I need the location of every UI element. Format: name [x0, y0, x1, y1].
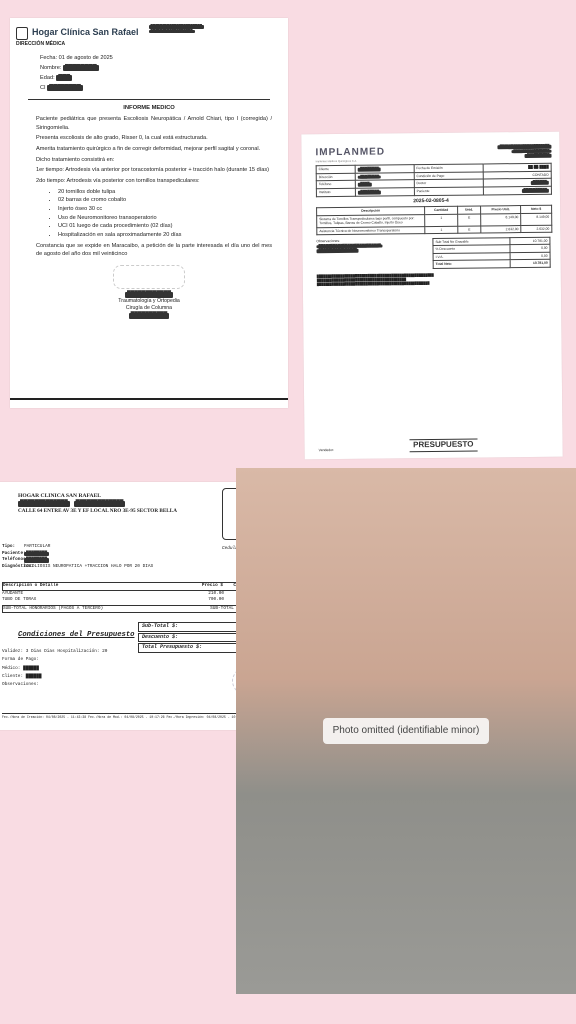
id-label: CI: [40, 85, 46, 91]
cell-price: 2.632,00: [481, 225, 521, 233]
field-value: ESCOLIOSIS NEUROPATICA +TRACCION HALO PO…: [24, 564, 153, 569]
field-label: Teléfonos:: [2, 557, 24, 564]
clinic-name: Hogar Clínica San Rafael: [32, 28, 139, 38]
field-label: Paciente:: [2, 551, 24, 558]
observations: Observaciones:██████████████████████████…: [316, 238, 426, 270]
report-date: 01 de agosto de 2025: [59, 55, 113, 61]
quote-header: IMPLANMEDImplantes Médicos Quirúrgicos C…: [301, 132, 559, 166]
patient-meta: Fecha: 01 de agosto de 2025 Nombre: ████…: [10, 53, 288, 93]
phone-redacted: ████████: [24, 558, 49, 563]
patient-name-redacted: ████████: [63, 65, 99, 71]
list-item: Hospitalización en sala aproximadamente …: [58, 231, 272, 240]
condition-line: Cliente: ██████: [2, 673, 107, 681]
condition-line: Validez: 3 Dias Dias Hospitalización: 20: [2, 648, 107, 656]
cell-net: 8.149,00: [521, 213, 552, 225]
quote-number: 2025-02-0805-4: [302, 196, 560, 205]
patient-redacted: ████████: [24, 552, 49, 557]
total-label: Total Neto: [433, 260, 510, 268]
field-label: Tipo:: [2, 544, 24, 551]
cell-desc: TUBO DE TORAX: [2, 597, 178, 604]
cell-unit: E: [458, 226, 481, 234]
patient-id-redacted: ████████: [47, 85, 83, 91]
cell-price: 8.149,00: [481, 213, 521, 225]
table-row: Asistencia Técnica de Neuromonitoreo Tra…: [317, 225, 552, 235]
report-paragraph: Presenta escoliosis de alto grado, Risse…: [36, 134, 272, 143]
closing-statement: Constancia que se expide en Maracaibo, a…: [36, 242, 272, 259]
patient-age-redacted: ███: [56, 75, 72, 81]
quote-footer: Vendedor: PRESUPUESTO: [319, 438, 553, 453]
list-item: 20 tornillos doble tulipa: [58, 188, 272, 197]
conditions-list: Validez: 3 Dias Dias Hospitalización: 20…: [2, 648, 107, 690]
condition-line: Médico: ██████: [2, 665, 107, 673]
budget-header: HOGAR CLINICA SAN RAFAEL █████████████ █…: [18, 492, 177, 516]
list-item: 02 barras de cromo cobalto: [58, 196, 272, 205]
total-label: Sub-Total $:: [142, 623, 178, 631]
date-label: Fecha:: [40, 55, 57, 61]
age-label: Edad:: [40, 75, 55, 81]
list-item: Uso de Neuromonitoreo transoperatorio: [58, 214, 272, 223]
doctor-id-redacted: ██████████: [129, 313, 170, 319]
divider: [28, 99, 270, 100]
subtotal-label: SUB-TOTAL HONORARIOS (PAGOS A TERCERO): [3, 606, 187, 613]
field-value: PARTICULAR: [24, 544, 50, 549]
list-item: Injerto óseo 30 cc: [58, 205, 272, 214]
condition-line: Forma de Pago:: [2, 656, 107, 664]
list-item: UCI 01 luego de cada procedimiento (02 d…: [58, 222, 272, 231]
quote-totals: Sub Total No Gravable10.781,00 % Descuen…: [432, 237, 550, 269]
field-label: Diagnóstico:: [2, 564, 24, 571]
total-label: Descuento $:: [142, 634, 178, 642]
clinic-address: ████████████████████████████████████████: [149, 24, 259, 33]
specialty: Cirugía de Columna: [10, 305, 288, 312]
cell-price: 700.00: [178, 597, 224, 604]
total-value: 10.781,00: [510, 260, 550, 268]
budget-fields: Tipo:PARTICULAR Paciente:████████ Teléfo…: [2, 544, 153, 570]
cell-desc: Asistencia Técnica de Neuromonitoreo Tra…: [317, 226, 425, 235]
conditions-title: Condiciones del Presupuesto: [18, 630, 134, 641]
supplier-subtitle: Implantes Médicos Quirúrgicos C.A.: [316, 159, 386, 163]
stamp-icon: [113, 265, 185, 289]
report-paragraph: 1er tiempo: Artrodesis vía anterior por …: [36, 166, 272, 175]
condition-line: Observaciones:: [2, 681, 107, 689]
total-label: Total Presupuesto $:: [142, 644, 202, 652]
quote-summary: Observaciones:██████████████████████████…: [316, 237, 550, 270]
column-header: Descripción o Detalle: [3, 583, 177, 590]
cell-net: 2.632,00: [521, 225, 552, 233]
specialty: Traumatología y Ortopedia: [10, 298, 288, 305]
cell-unit: E: [458, 214, 481, 226]
department-label: DIRECCIÓN MÉDICA: [10, 40, 288, 53]
quote-client-table: Cliente████████Fecha de Emisión██.██.███…: [316, 163, 552, 197]
report-header: Hogar Clínica San Rafael ███████████████…: [10, 18, 288, 40]
seller-label: Vendedor:: [319, 448, 335, 453]
supplier-quote-document: IMPLANMEDImplantes Médicos Quirúrgicos C…: [301, 132, 562, 460]
cell-price: 210.00: [178, 591, 224, 598]
quote-lines-table: Descripción Cantidad Unid. Precio Unit. …: [316, 205, 552, 235]
doctor-name-redacted: ████████████: [125, 292, 173, 298]
medical-report-document: Hogar Clínica San Rafael ███████████████…: [10, 18, 288, 408]
report-body: Paciente pediátrica que presenta Escolio…: [10, 115, 288, 259]
column-header: Precio $: [177, 583, 223, 590]
report-paragraph: Paciente pediátrica que presenta Escolio…: [36, 115, 272, 132]
procedure-list: 20 tornillos doble tulipa 02 barras de c…: [36, 188, 272, 240]
cell-qty: 1: [425, 226, 458, 234]
photo-caption: Photo omitted (identifiable minor): [323, 718, 490, 744]
report-paragraph: Dicho tratamiento consistirá en:: [36, 156, 272, 165]
cell-desc: AYUDANTE: [2, 591, 178, 598]
divider: [10, 398, 288, 400]
signature-block: ████████████ Traumatología y Ortopedia C…: [10, 265, 288, 319]
supplier-address: ████████████████████████████████████████…: [421, 144, 551, 162]
presupuesto-stamp: PRESUPUESTO: [409, 439, 477, 453]
cell-qty: 1: [425, 214, 458, 226]
supplier-brand: IMPLANMED: [315, 146, 385, 158]
supplier-logo: IMPLANMEDImplantes Médicos Quirúrgicos C…: [315, 145, 385, 163]
clinic-address: CALLE 64 ENTRE AV 3E Y EF LOCAL NRO 3E-9…: [18, 508, 177, 516]
name-label: Nombre:: [40, 65, 61, 71]
clinic-logo-icon: [16, 27, 28, 40]
photo-placeholder: Photo omitted (identifiable minor): [236, 468, 576, 994]
report-title: INFORME MEDICO: [10, 104, 288, 113]
report-paragraph: Amerita tratamiento quirúrgico a fin de …: [36, 145, 272, 154]
quote-conditions: ████████████████████████████████████████…: [317, 272, 551, 287]
report-paragraph: 2do tiempo: Artrodesis vía posterior con…: [36, 177, 272, 186]
